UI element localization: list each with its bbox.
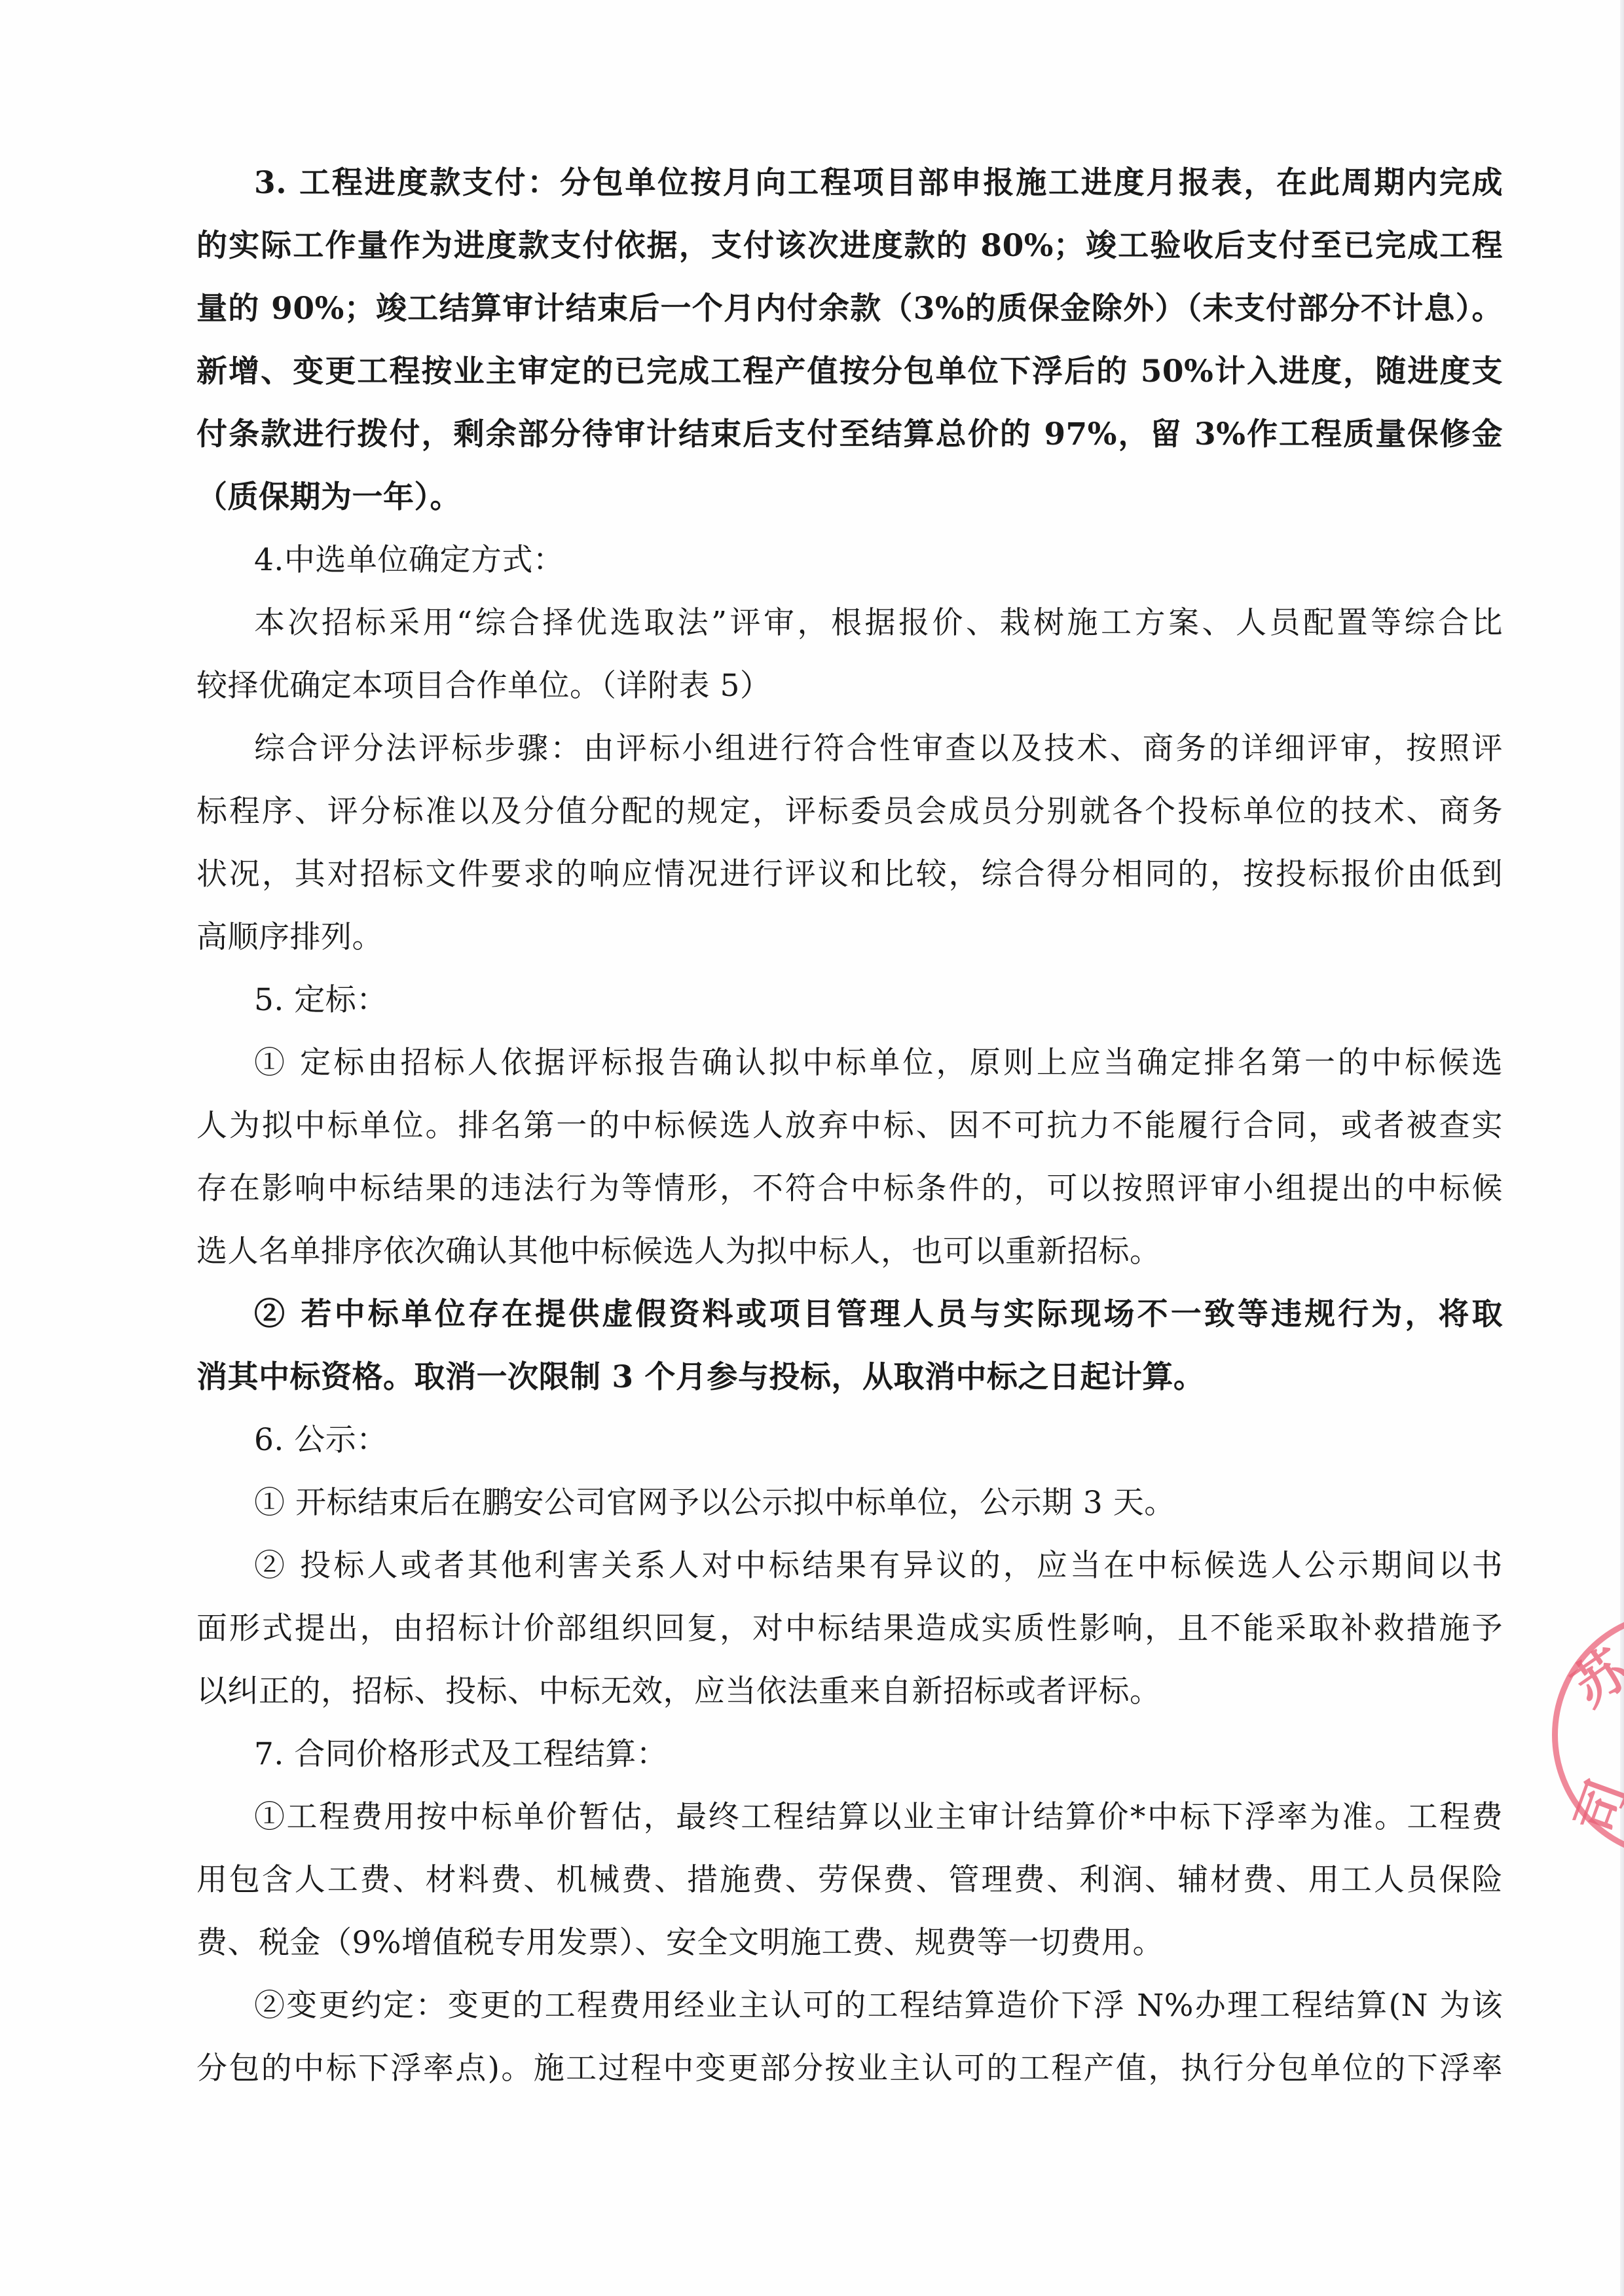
s3-line-5: 付条款进行拨付，剩余部分待审计结束后支付至结算总价的 97%，留 3%作工程质量… (196, 403, 1503, 466)
s4-p2-line-2: 标程序、评分标准以及分值分配的规定，评标委员会成员分别就各个投标单位的技术、商务 (196, 780, 1503, 843)
s4-p2-line-4: 高顺序排列。 (196, 906, 383, 969)
s3-line-6: （质保期为一年）。 (196, 466, 461, 529)
s3-line-3: 量的 90%；竣工结算审计结束后一个月内付余款（3%的质保金除外）（未支付部分不… (196, 278, 1503, 340)
s7-p1-line-3: 费、税金（9%增值税专用发票）、安全文明施工费、规费等一切费用。 (196, 1912, 1164, 1975)
s3-line-4: 新增、变更工程按业主审定的已完成工程产值按分包单位下浮后的 50%计入进度，随进… (196, 340, 1503, 403)
s7-p1-line-1: ①工程费用按中标单价暂估，最终工程结算以业主审计结算价*中标下浮率为准。工程费 (254, 1786, 1503, 1849)
s7-p1-line-2: 用包含人工费、材料费、机械费、措施费、劳保费、管理费、利润、辅材费、用工人员保险 (196, 1849, 1503, 1912)
s6-p2-line-3: 以纠正的，招标、投标、中标无效，应当依法重来自新招标或者评标。 (196, 1660, 1161, 1723)
section-5-heading: 5. 定标： (254, 969, 388, 1032)
s3-line-1: 3. 工程进度款支付：分包单位按月向工程项目部申报施工进度月报表，在此周期内完成 (254, 152, 1503, 215)
s5-p1-line-3: 存在影响中标结果的违法行为等情形，不符合中标条件的，可以按照评审小组提出的中标候 (196, 1157, 1503, 1220)
s5-p2-line-1: ② 若中标单位存在提供虚假资料或项目管理人员与实际现场不一致等违规行为，将取 (254, 1283, 1503, 1346)
s5-p2-line-2: 消其中标资格。取消一次限制 3 个月参与投标，从取消中标之日起计算。 (196, 1346, 1204, 1409)
s6-p2-line-1: ② 投标人或者其他利害关系人对中标结果有异议的，应当在中标候选人公示期间以书 (254, 1535, 1503, 1597)
s6-p1-line-1: ① 开标结束后在鹏安公司官网予以公示拟中标单位，公示期 3 天。 (254, 1472, 1175, 1535)
s4-p1-line-1: 本次招标采用“综合择优选取法”评审，根据报价、栽树施工方案、人员配置等综合比 (254, 592, 1503, 655)
s5-p1-line-4: 选人名单排序依次确认其他中标候选人为拟中标人，也可以重新招标。 (196, 1220, 1161, 1283)
s5-p1-line-1: ① 定标由招标人依据评标报告确认拟中标单位，原则上应当确定排名第一的中标候选 (254, 1032, 1503, 1095)
s5-p1-line-2: 人为拟中标单位。排名第一的中标候选人放弃中标、因不可抗力不能履行合同，或者被查实 (196, 1095, 1503, 1157)
s4-p1-line-2: 较择优确定本项目合作单位。（详附表 5） (196, 655, 771, 718)
section-4-heading: 4.中选单位确定方式： (254, 529, 564, 592)
section-6-heading: 6. 公示： (254, 1409, 388, 1472)
s3-line-2: 的实际工作量作为进度款支付依据，支付该次进度款的 80%；竣工验收后支付至已完成… (196, 215, 1503, 278)
s4-p2-line-3: 状况，其对招标文件要求的响应情况进行评议和比较，综合得分相同的，按投标报价由低到 (196, 843, 1503, 906)
s7-p2-line-1: ②变更约定：变更的工程费用经业主认可的工程结算造价下浮 N%办理工程结算(N 为… (254, 1975, 1503, 2037)
s4-p2-line-1: 综合评分法评标步骤：由评标小组进行符合性审查以及技术、商务的详细评审，按照评 (254, 718, 1503, 780)
s7-p2-line-2: 分包的中标下浮率点)。施工过程中变更部分按业主认可的工程产值，执行分包单位的下浮… (196, 2037, 1503, 2100)
s6-p2-line-2: 面形式提出，由招标计价部组织回复，对中标结果造成实质性影响，且不能采取补救措施予 (196, 1597, 1503, 1660)
scan-edge (1620, 0, 1624, 2296)
section-7-heading: 7. 合同价格形式及工程结算： (254, 1723, 667, 1786)
scanned-page: 3. 工程进度款支付：分包单位按月向工程项目部申报施工进度月报表，在此周期内完成… (0, 0, 1624, 2296)
